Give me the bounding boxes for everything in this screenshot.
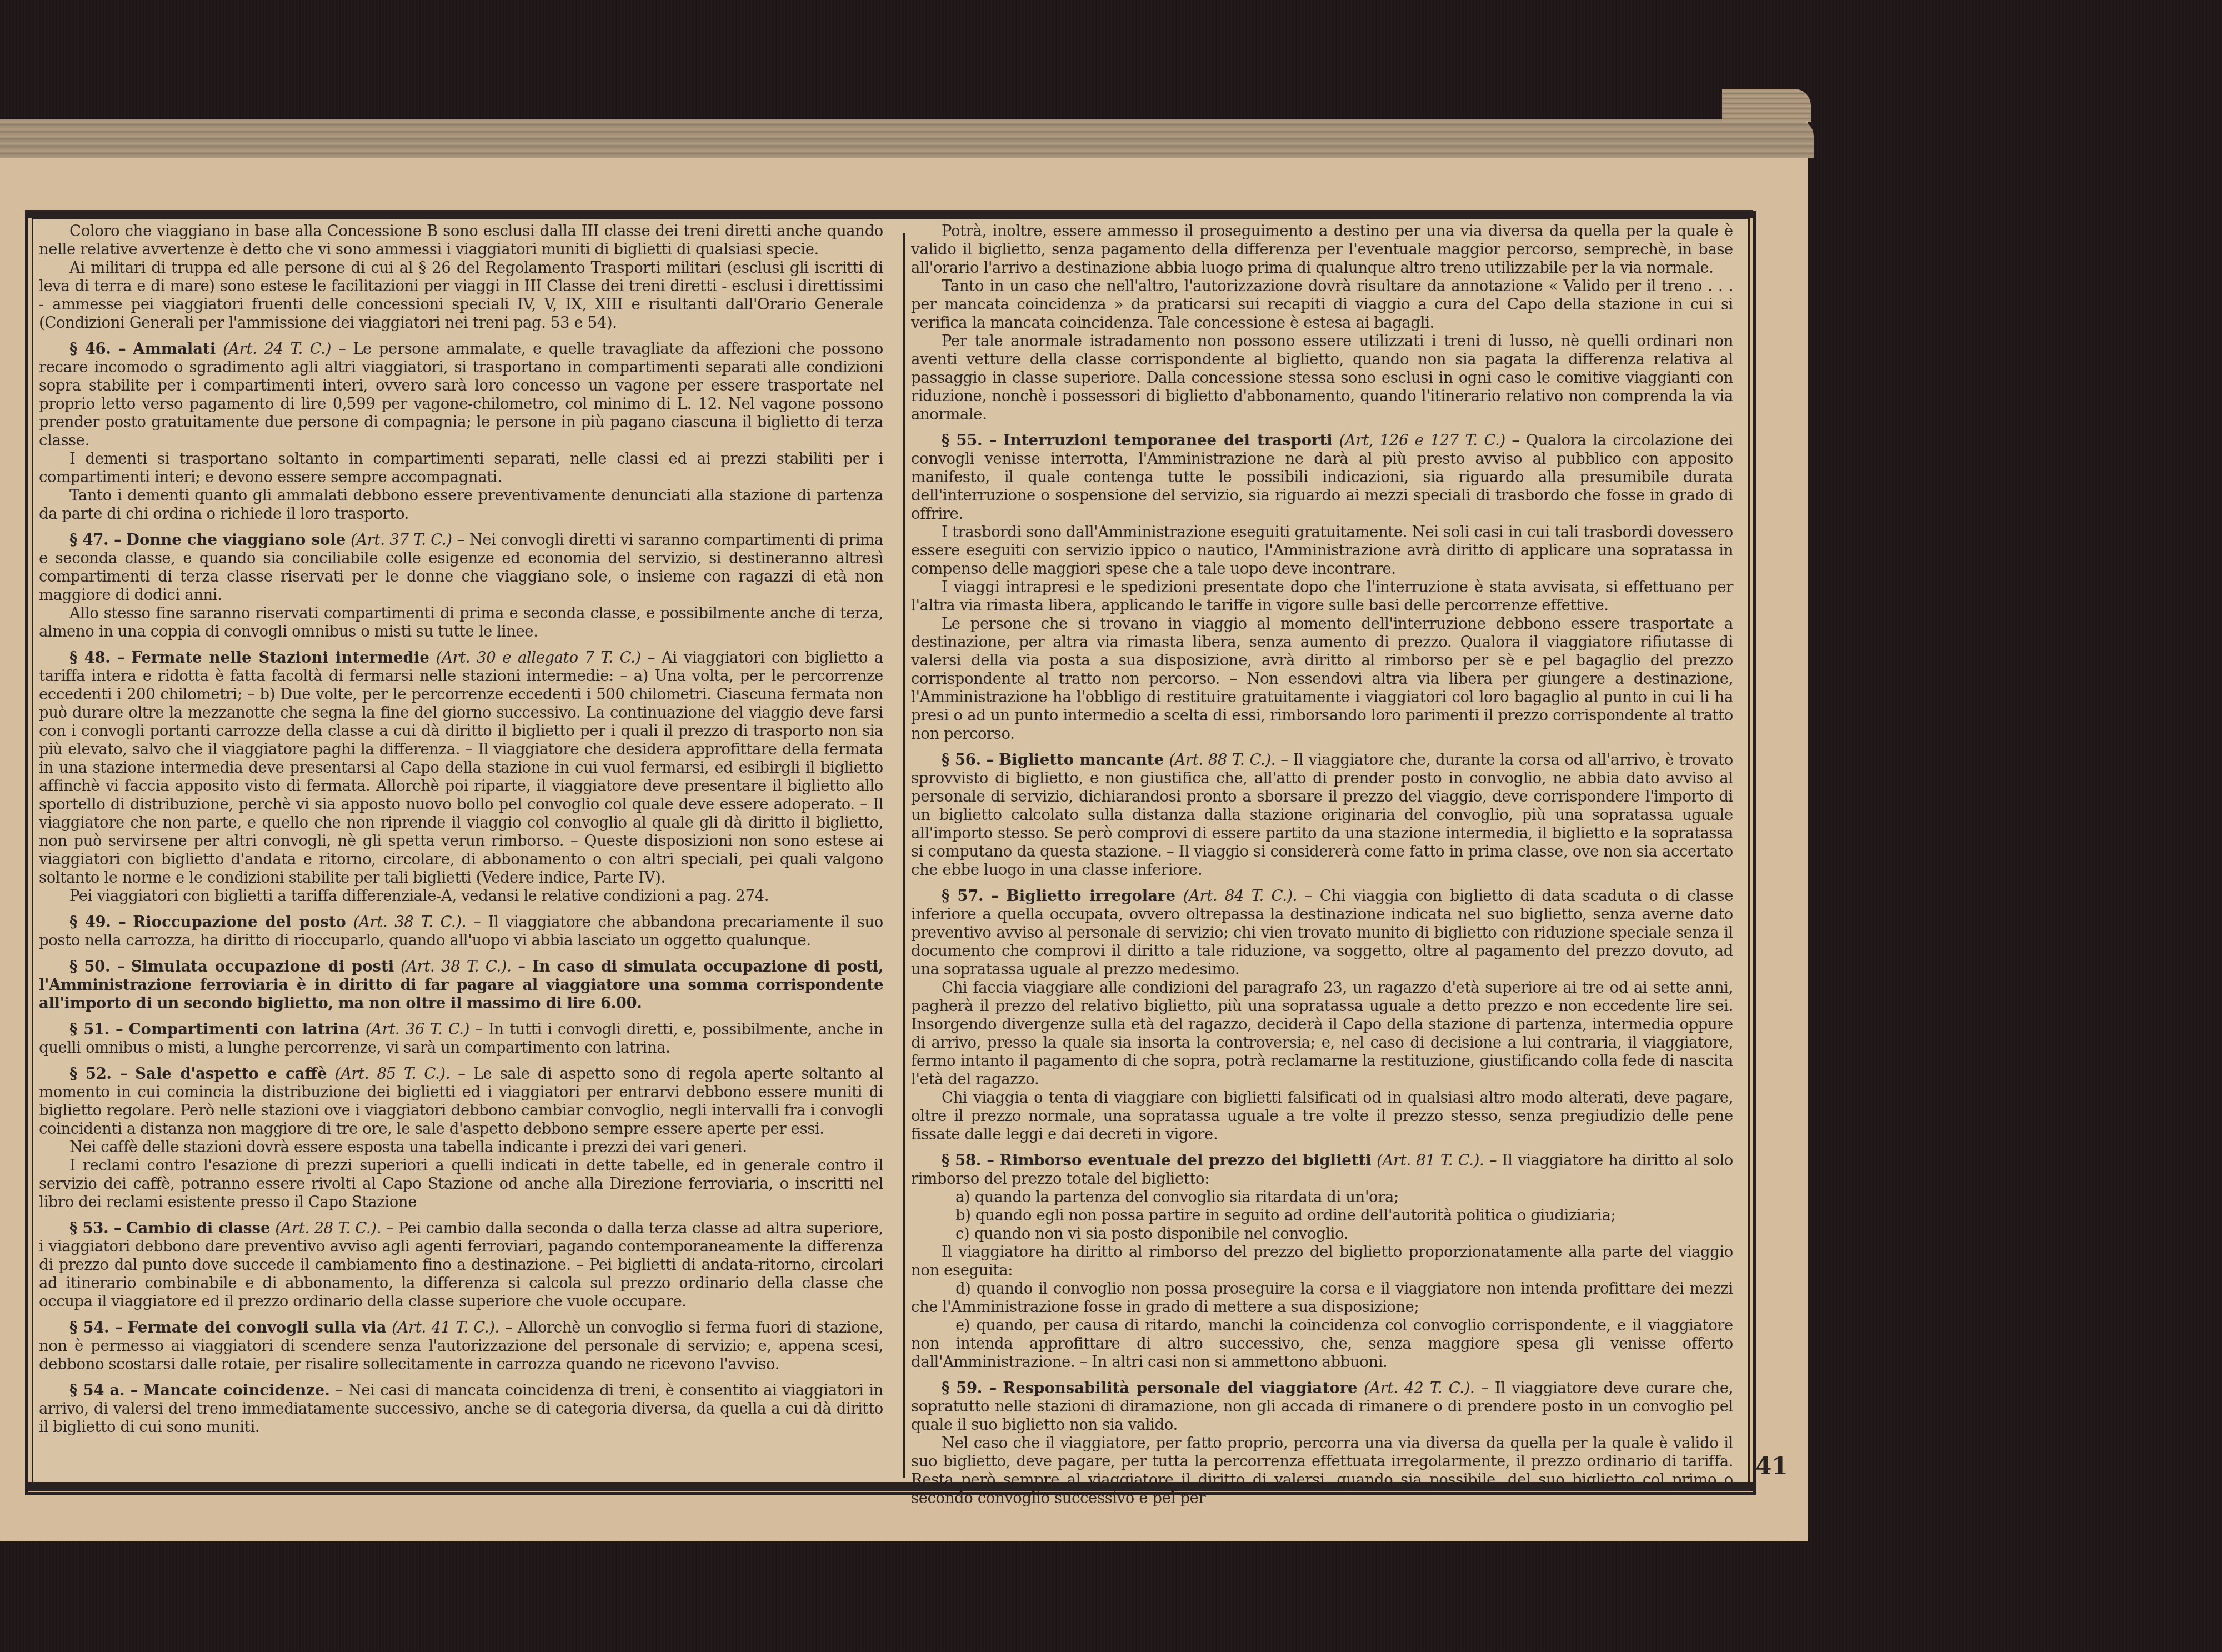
article-reference: (Art. 88 T. C.). — [1169, 751, 1275, 769]
article-reference: (Art. 37 T. C.) — [351, 531, 452, 549]
section-number: § 56. – — [942, 751, 994, 769]
article-reference: (Art, 126 e 127 T. C.) — [1339, 432, 1505, 449]
section-title: Rioccupazione del posto — [133, 913, 346, 931]
section-number: § 49. – — [69, 913, 126, 931]
paragraph: Pei viaggiatori con biglietti a tariffa … — [39, 887, 883, 905]
paragraph: Nel caso che il viaggiatore, per fatto p… — [911, 1434, 1733, 1508]
paragraph: Il viaggiatore ha diritto al rimborso de… — [911, 1243, 1733, 1280]
paragraph: Le persone che si trovano in viaggio al … — [911, 615, 1733, 743]
list-item: c) quando non vi sia posto disponibile n… — [911, 1225, 1733, 1243]
section-title: Mancate coincidenze. — [143, 1381, 330, 1399]
list-item: d) quando il convoglio non possa prosegu… — [911, 1280, 1733, 1316]
section-number: § 50. – — [69, 958, 124, 975]
section-title: Responsabilità personale del viaggiatore — [1003, 1379, 1357, 1397]
paragraph: I trasbordi sono dall'Amministrazione es… — [911, 523, 1733, 578]
section-number: § 54. – — [69, 1319, 122, 1336]
section-title: Compartimenti con latrina — [129, 1020, 360, 1038]
list-item: b) quando egli non possa partire in segu… — [911, 1207, 1733, 1225]
frame-top-rule — [25, 210, 1753, 218]
article-reference: (Art. 24 T. C.) — [223, 340, 331, 358]
section-title: Ammalati — [133, 340, 216, 358]
section-title: Donne che viaggiano sole — [126, 531, 346, 549]
section-number: § 46. – — [69, 340, 126, 358]
page-edges-top — [0, 119, 1814, 158]
section-number: § 54 a. – — [69, 1381, 138, 1399]
section-title: Fermate dei convogli sulla via — [128, 1319, 387, 1336]
paragraph: Allo stesso fine saranno riservati compa… — [39, 604, 883, 641]
intro-paragraph: Per tale anormale istradamento non posso… — [911, 332, 1733, 424]
section-number: § 57. – — [942, 887, 999, 905]
section-50: § 50. – Simulata occupazione di posti (A… — [39, 958, 883, 1013]
section-54a: § 54 a. – Mancate coincidenze. – Nei cas… — [39, 1381, 883, 1436]
section-number: § 59. – — [942, 1379, 997, 1397]
section-title: Rimborso eventuale del prezzo dei biglie… — [999, 1152, 1372, 1169]
section-title: Biglietto mancante — [999, 751, 1164, 769]
section-number: § 58. – — [942, 1152, 994, 1169]
paragraph: I dementi si trasportano soltanto in com… — [39, 450, 883, 487]
paragraph: Chi faccia viaggiare alle condizioni del… — [911, 979, 1733, 1089]
section-number: § 52. – — [69, 1065, 127, 1083]
article-reference: (Art. 84 T. C.). — [1183, 887, 1297, 905]
section-number: § 47. – — [69, 531, 121, 549]
section-56: § 56. – Biglietto mancante (Art. 88 T. C… — [911, 751, 1733, 879]
section-53: § 53. – Cambio di classe (Art. 28 T. C.)… — [39, 1219, 883, 1311]
article-reference: (Art. 42 T. C.). — [1364, 1379, 1474, 1397]
paragraph: I viaggi intrapresi e le spedizioni pres… — [911, 578, 1733, 615]
section-number: § 55. – — [942, 432, 997, 449]
paragraph: Nei caffè delle stazioni dovrà essere es… — [39, 1138, 883, 1157]
section-47: § 47. – Donne che viaggiano sole (Art. 3… — [39, 531, 883, 604]
section-title: Simulata occupazione di posti — [131, 958, 394, 975]
article-reference: (Art. 36 T. C.) — [366, 1020, 469, 1038]
article-reference: (Art. 30 e allegato 7 T. C.) — [436, 649, 641, 667]
paragraph: Tanto i dementi quanto gli ammalati debb… — [39, 487, 883, 523]
section-57: § 57. – Biglietto irregolare (Art. 84 T.… — [911, 887, 1733, 979]
article-reference: (Art. 85 T. C.). — [335, 1065, 450, 1083]
list-item: e) quando, per causa di ritardo, manchi … — [911, 1316, 1733, 1371]
section-52: § 52. – Sale d'aspetto e caffè (Art. 85 … — [39, 1065, 883, 1138]
section-number: § 53. – — [69, 1219, 121, 1237]
column-divider — [903, 233, 905, 1478]
page-edges-corner — [1722, 89, 1811, 122]
intro-paragraph: Coloro che viaggiano in base alla Conces… — [39, 222, 883, 259]
section-58: § 58. – Rimborso eventuale del prezzo de… — [911, 1152, 1733, 1188]
section-title: Interruzioni temporanee dei trasporti — [1003, 432, 1333, 449]
section-54: § 54. – Fermate dei convogli sulla via (… — [39, 1319, 883, 1374]
intro-paragraph: Ai militari di truppa ed alle persone di… — [39, 259, 883, 332]
left-column: Coloro che viaggiano in base alla Conces… — [39, 222, 883, 1436]
article-reference: (Art. 41 T. C.). — [392, 1319, 499, 1336]
intro-paragraph: Potrà, inoltre, essere ammesso il proseg… — [911, 222, 1733, 277]
section-51: § 51. – Compartimenti con latrina (Art. … — [39, 1020, 883, 1057]
paragraph: Chi viaggia o tenta di viaggiare con big… — [911, 1089, 1733, 1144]
list-item: a) quando la partenza del convoglio sia … — [911, 1188, 1733, 1207]
section-49: § 49. – Rioccupazione del posto (Art. 38… — [39, 913, 883, 950]
article-reference: (Art. 38 T. C.). — [353, 913, 466, 931]
section-title: Fermate nelle Stazioni intermedie — [131, 649, 429, 667]
right-column: Potrà, inoltre, essere ammesso il proseg… — [911, 222, 1733, 1508]
section-46: § 46. – Ammalati (Art. 24 T. C.) – Le pe… — [39, 340, 883, 450]
section-title: Biglietto irregolare — [1006, 887, 1175, 905]
page-number: 41 — [1755, 1453, 1788, 1480]
article-reference: (Art. 81 T. C.). — [1377, 1152, 1484, 1169]
section-title: Sale d'aspetto e caffè — [135, 1065, 327, 1083]
article-reference: (Art. 28 T. C.). — [275, 1219, 381, 1237]
intro-paragraph: Tanto in un caso che nell'altro, l'autor… — [911, 277, 1733, 332]
article-reference: (Art. 38 T. C.). — [401, 958, 512, 975]
section-title: Cambio di classe — [126, 1219, 271, 1237]
section-text: – Ai viaggiatori con biglietto a tariffa… — [39, 649, 883, 887]
section-number: § 51. – — [69, 1020, 123, 1038]
paragraph: I reclami contro l'esazione di prezzi su… — [39, 1157, 883, 1212]
section-59: § 59. – Responsabilità personale del via… — [911, 1379, 1733, 1434]
section-text: – Il viaggiatore che, durante la corsa o… — [911, 751, 1733, 879]
section-55: § 55. – Interruzioni temporanee dei tras… — [911, 432, 1733, 523]
section-48: § 48. – Fermate nelle Stazioni intermedi… — [39, 649, 883, 887]
section-number: § 48. – — [69, 649, 124, 667]
